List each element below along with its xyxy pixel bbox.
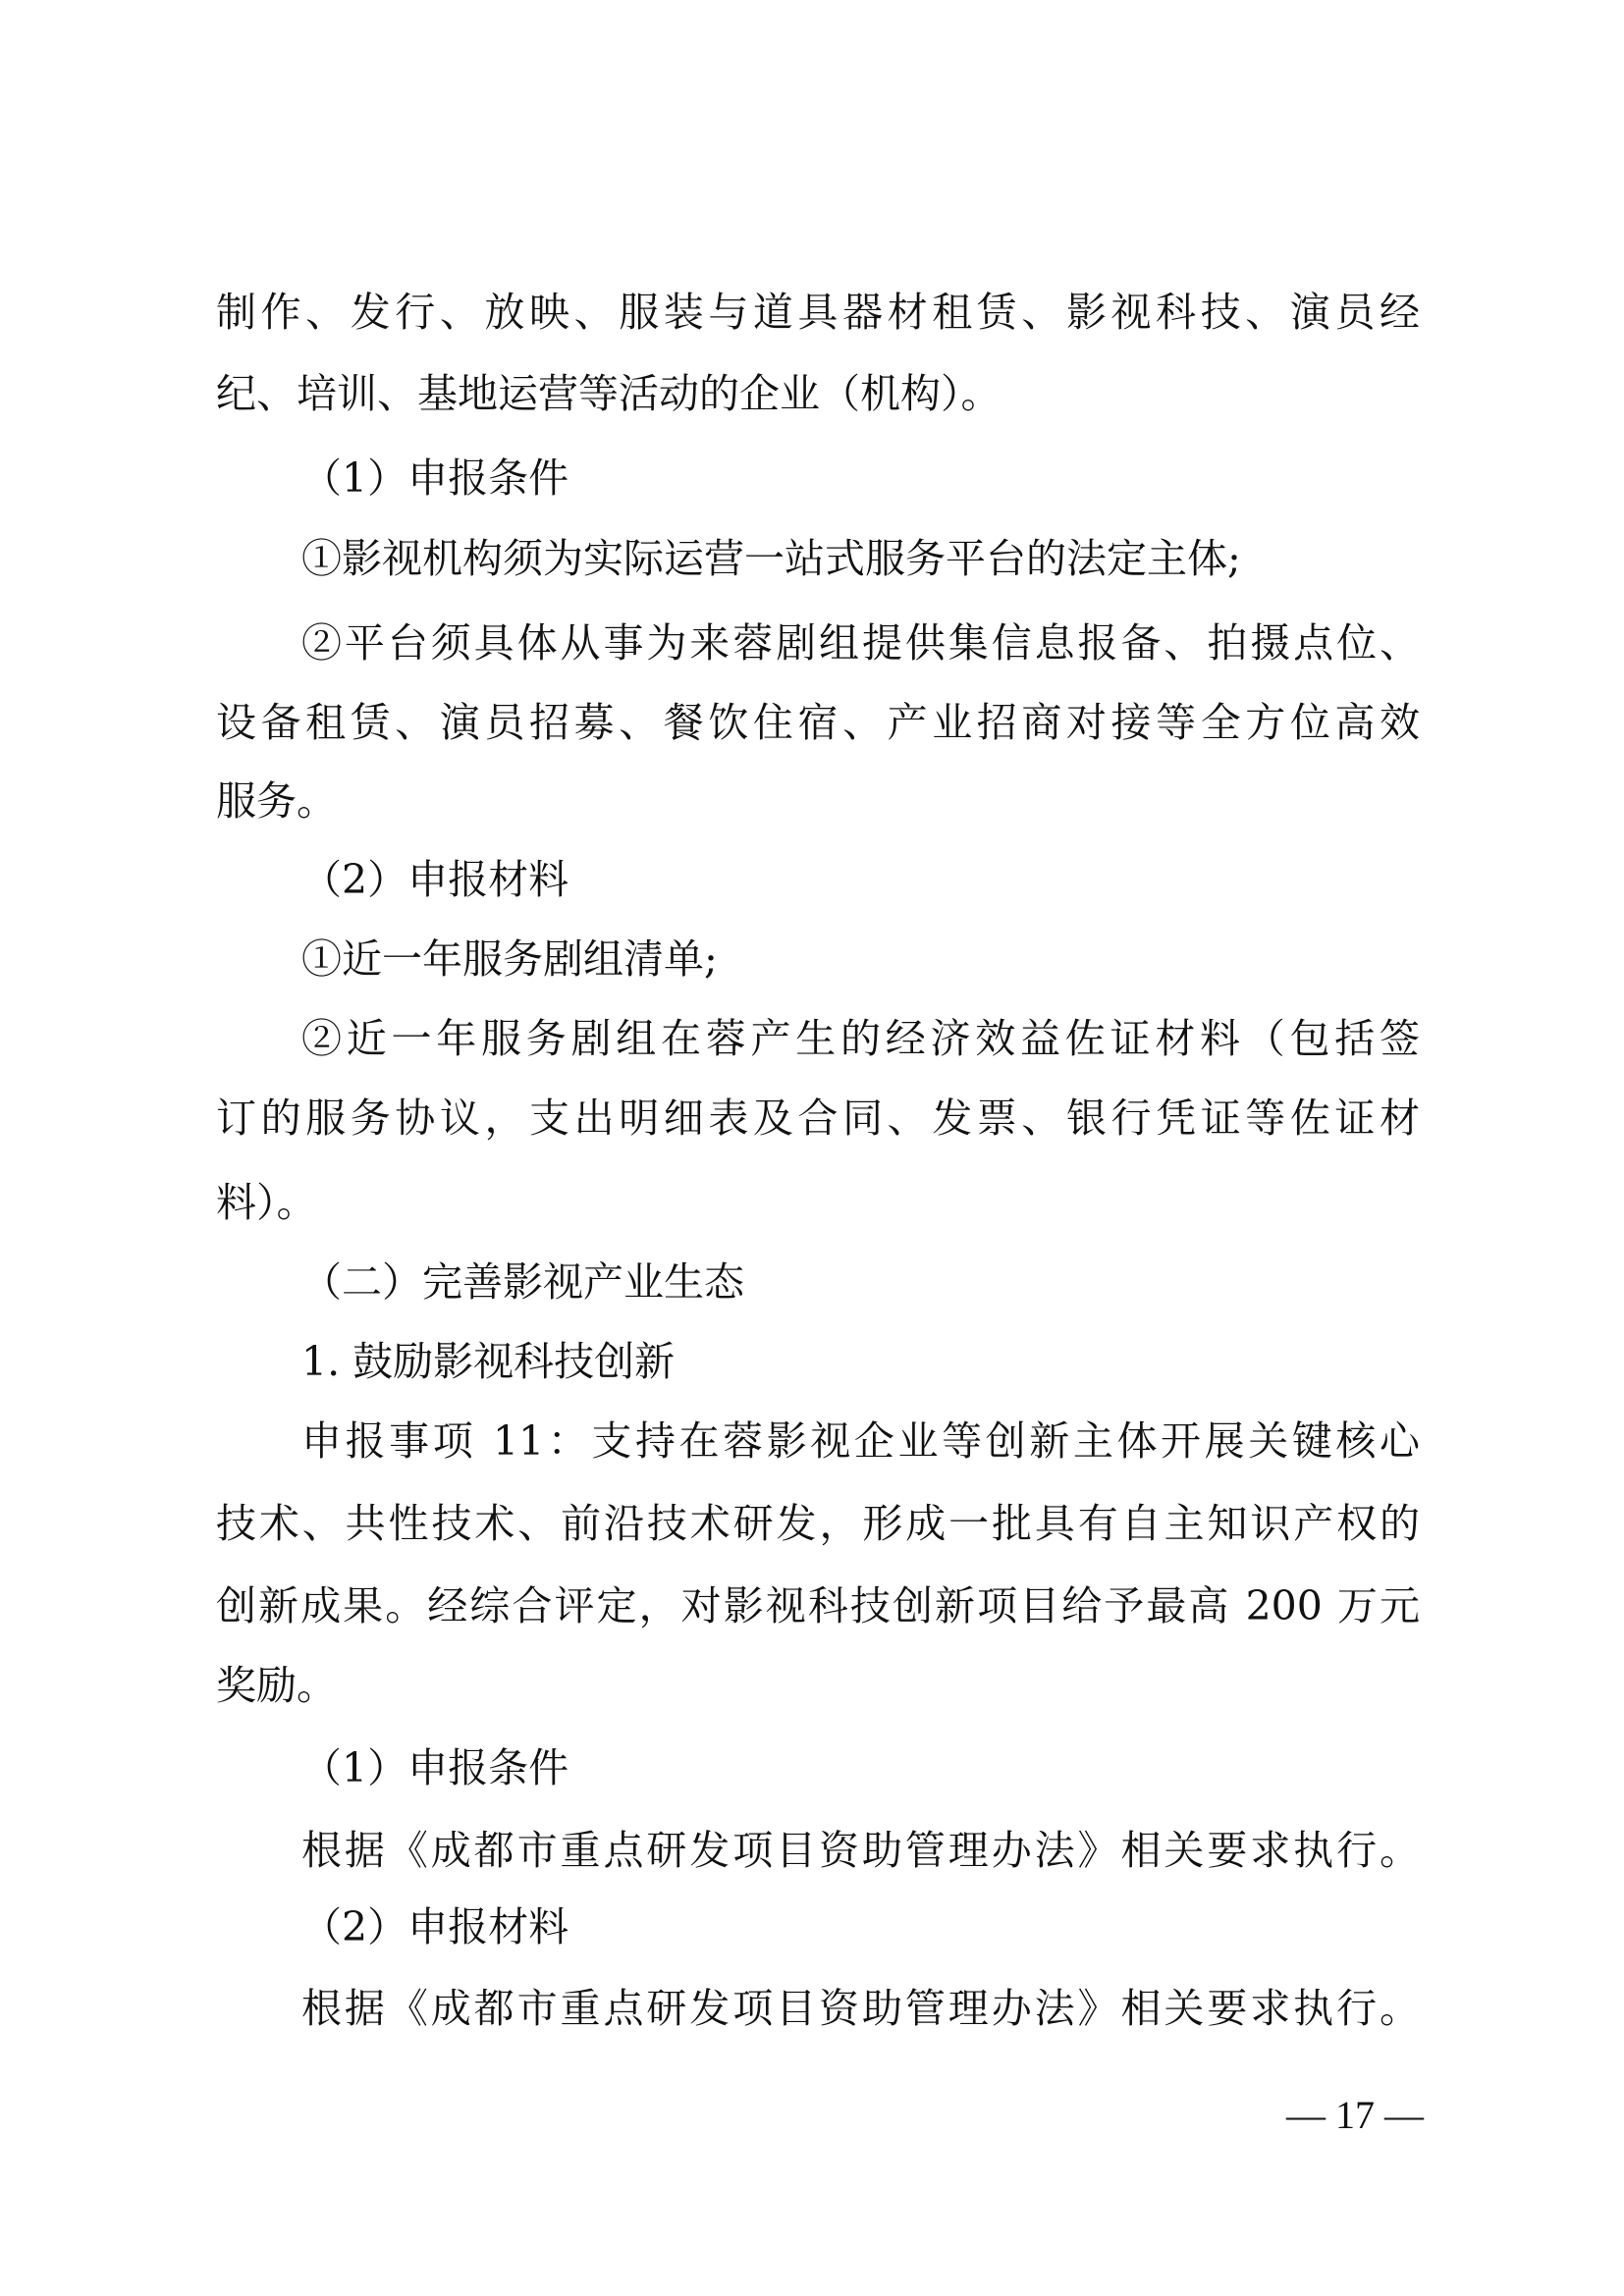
body-line: 料）。 — [216, 1173, 317, 1232]
list-item: ①近一年服务剧组清单; — [301, 930, 718, 988]
subsection-heading: （2）申报材料 — [301, 850, 568, 909]
body-line: 制作、发行、放映、服装与道具器材租赁、影视科技、演员经 — [216, 283, 1420, 342]
body-line: 奖励。 — [216, 1656, 337, 1715]
body-line: 申报事项 11：支持在蓉影视企业等创新主体开展关键核心 — [301, 1412, 1420, 1470]
list-item: ②近一年服务剧组在蓉产生的经济效益佐证材料（包括签 — [301, 1009, 1420, 1068]
list-item: ②平台须具体从事为来蓉剧组提供集信息报备、拍摄点位、 — [301, 614, 1420, 672]
body-line: 创新成果。经综合评定，对影视科技创新项目给予最高 200 万元 — [216, 1576, 1420, 1635]
body-line: 根据《成都市重点研发项目资助管理办法》相关要求执行。 — [301, 1821, 1420, 1880]
body-line: 设备租赁、演员招募、餐饮住宿、产业招商对接等全方位高效 — [216, 693, 1420, 752]
body-line: 纪、培训、基地运营等活动的企业（机构）。 — [216, 364, 1001, 423]
list-item: ①影视机构须为实际运营一站式服务平台的法定主体; — [301, 529, 1241, 588]
body-line: 订的服务协议，支出明细表及合同、发票、银行凭证等佐证材 — [216, 1089, 1420, 1148]
body-line: 服务。 — [216, 772, 337, 830]
body-line: 根据《成都市重点研发项目资助管理办法》相关要求执行。 — [301, 1979, 1420, 2038]
subsection-heading: （2）申报材料 — [301, 1897, 568, 1956]
section-heading: （二）完善影视产业生态 — [301, 1253, 744, 1311]
subsection-heading: （1）申报条件 — [301, 1738, 568, 1797]
body-line: 技术、共性技术、前沿技术研发，形成一批具有自主知识产权的 — [216, 1494, 1420, 1553]
subsection-heading: （1）申报条件 — [301, 449, 568, 507]
item-heading: 1. 鼓励影视科技创新 — [301, 1332, 675, 1391]
page-number: — 17 — — [1276, 2086, 1434, 2145]
